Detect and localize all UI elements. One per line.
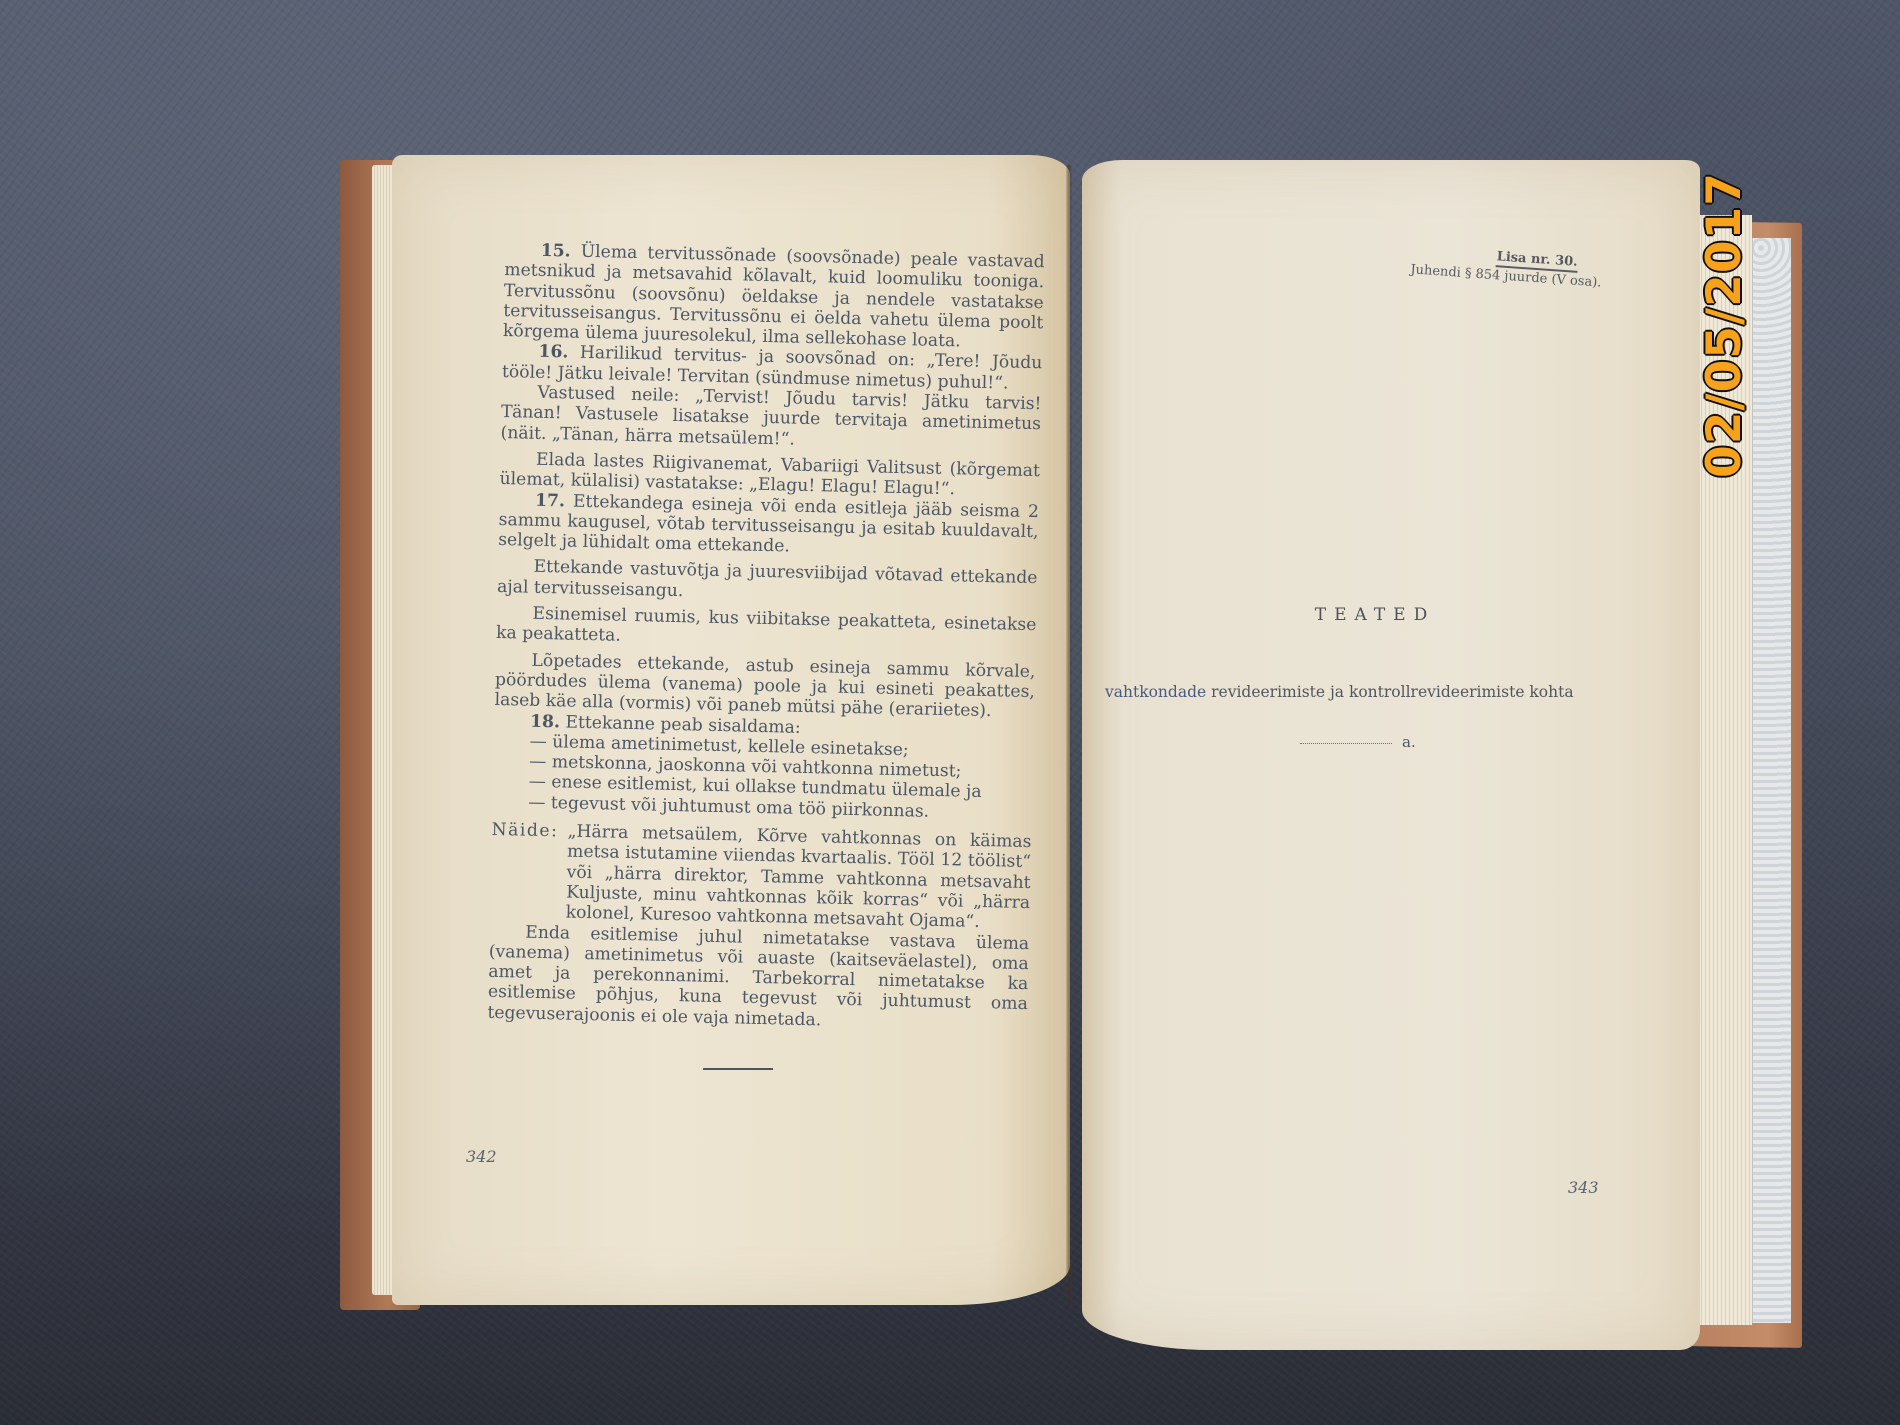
book-gutter [1066,165,1072,1305]
closing-paragraph: Enda esitlemise juhul nimetatakse vastav… [487,921,1029,1035]
example-block: Näide: „Härra metsaülem, Kõrve vahtkonna… [490,820,1032,934]
right-page [1082,160,1700,1350]
example-label: Näide: [490,820,568,923]
page-heading: TEATED [1290,605,1460,625]
paragraph-17-indoors: Esinemisel ruumis, kus viibitakse peakat… [496,603,1037,656]
paragraph-17-receiver: Ettekande vastuvõtja ja juuresviibijad v… [497,556,1038,609]
section-end-rule [703,1068,773,1070]
paragraph-17: 17. Ettekandega esineja või enda esitlej… [498,489,1039,562]
page-number-left: 342 [466,1147,497,1166]
page-subtitle: vahtkondade revideerimiste ja kontrollre… [1105,683,1585,701]
report-contents-list: — ülema ametinimetust, kellele esinetaks… [528,732,1034,825]
camera-date-stamp: 02/05/2017 [1697,172,1752,478]
page-number-right: 343 [1568,1178,1599,1197]
left-page-text: 15. Ülema tervitussõnade (soovsõnade) pe… [487,240,1045,1035]
paragraph-16-replies: Vastused neile: „Tervist! Jõudu tarvis! … [500,382,1041,455]
marbled-endpaper [1752,238,1791,1323]
dotted-blank [1300,743,1392,744]
paragraph-15: 15. Ülema tervitussõnade (soovsõnade) pe… [503,240,1045,354]
example-text: „Härra metsaülem, Kõrve vahtkonnas on kä… [566,822,1032,934]
blank-place-line: a. [1300,733,1416,751]
